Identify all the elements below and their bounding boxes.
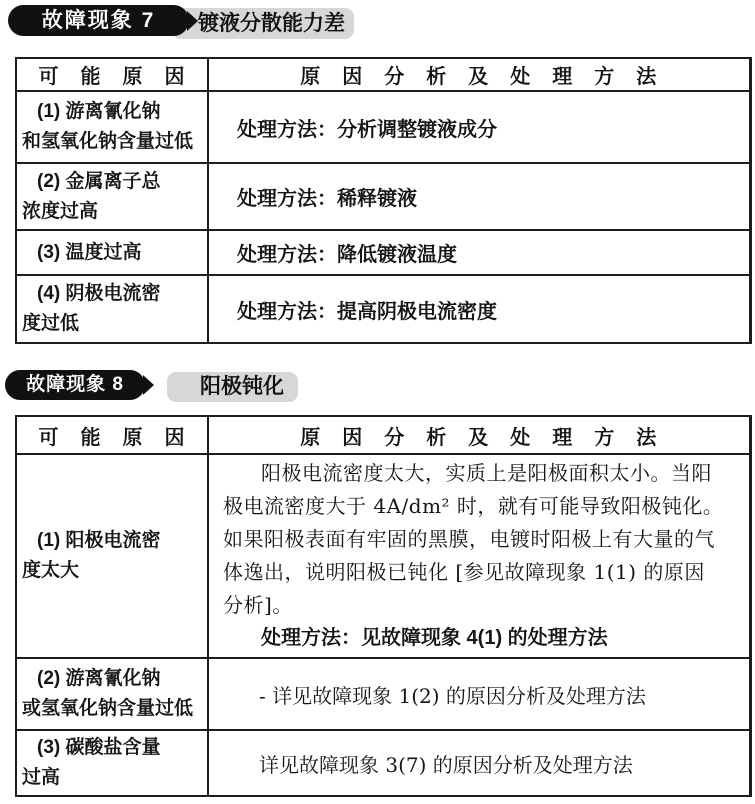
reference-cell: 详见故障现象 3(7) 的原因分析及处理方法 [208, 730, 750, 796]
fault-7-number-badge: 故障现象 7 [8, 5, 189, 36]
method-cell: 处理方法：分析调整镀液成分 [208, 91, 750, 163]
cause-cell: (4) 阴极电流密 度过低 [16, 275, 208, 343]
fault-7-title-badge: 镀液分散能力差 [172, 8, 354, 39]
analysis-cell: 阳极电流密度太大，实质上是阳极面积太小。当阳 极电流密度大于 4A/dm² 时，… [208, 454, 750, 658]
table-header-row: 可 能 原 因 原 因 分 析 及 处 理 方 法 [16, 416, 750, 454]
table-row: (2) 游离氰化钠 或氢氧化钠含量过低 - 详见故障现象 1(2) 的原因分析及… [16, 658, 750, 730]
cause-cell: (1) 阳极电流密 度太大 [16, 454, 208, 658]
table-row: (3) 温度过高 处理方法：降低镀液温度 [16, 230, 750, 275]
table-row: (3) 碳酸盐含量 过高 详见故障现象 3(7) 的原因分析及处理方法 [16, 730, 750, 796]
method-line: 处理方法：见故障现象 4(1) 的处理方法 [223, 622, 735, 655]
column-header-cause: 可 能 原 因 [16, 58, 208, 91]
method-cell: 处理方法：提高阴极电流密度 [208, 275, 750, 343]
table-row: (1) 游离氰化钠 和氢氧化钠含量过低 处理方法：分析调整镀液成分 [16, 91, 750, 163]
fault-7-table: 可 能 原 因 原 因 分 析 及 处 理 方 法 (1) 游离氰化钠 和氢氧化… [15, 57, 752, 344]
cause-cell: (3) 碳酸盐含量 过高 [16, 730, 208, 796]
cause-cell: (2) 金属离子总 浓度过高 [16, 163, 208, 230]
cause-cell: (1) 游离氰化钠 和氢氧化钠含量过低 [16, 91, 208, 163]
fault-8-number-badge: 故障现象 8 [5, 370, 145, 400]
reference-cell: - 详见故障现象 1(2) 的原因分析及处理方法 [208, 658, 750, 730]
column-header-cause: 可 能 原 因 [16, 416, 208, 454]
method-cell: 处理方法：降低镀液温度 [208, 230, 750, 275]
fault-8-table: 可 能 原 因 原 因 分 析 及 处 理 方 法 (1) 阳极电流密 度太大 … [15, 415, 752, 797]
scanned-manual-page: 镀液分散能力差 故障现象 7 可 能 原 因 原 因 分 析 及 处 理 方 法… [0, 0, 755, 804]
column-header-analysis: 原 因 分 析 及 处 理 方 法 [208, 416, 750, 454]
table-header-row: 可 能 原 因 原 因 分 析 及 处 理 方 法 [16, 58, 750, 91]
cause-cell: (2) 游离氰化钠 或氢氧化钠含量过低 [16, 658, 208, 730]
column-header-analysis: 原 因 分 析 及 处 理 方 法 [208, 58, 750, 91]
table-row: (4) 阴极电流密 度过低 处理方法：提高阴极电流密度 [16, 275, 750, 343]
method-cell: 处理方法：稀释镀液 [208, 163, 750, 230]
table-row: (2) 金属离子总 浓度过高 处理方法：稀释镀液 [16, 163, 750, 230]
table-row: (1) 阳极电流密 度太大 阳极电流密度太大，实质上是阳极面积太小。当阳 极电流… [16, 454, 750, 658]
fault-8-title-badge: 阳极钝化 [167, 372, 298, 402]
cause-cell: (3) 温度过高 [16, 230, 208, 275]
analysis-paragraph: 阳极电流密度太大，实质上是阳极面积太小。当阳 极电流密度大于 4A/dm² 时，… [223, 457, 735, 622]
